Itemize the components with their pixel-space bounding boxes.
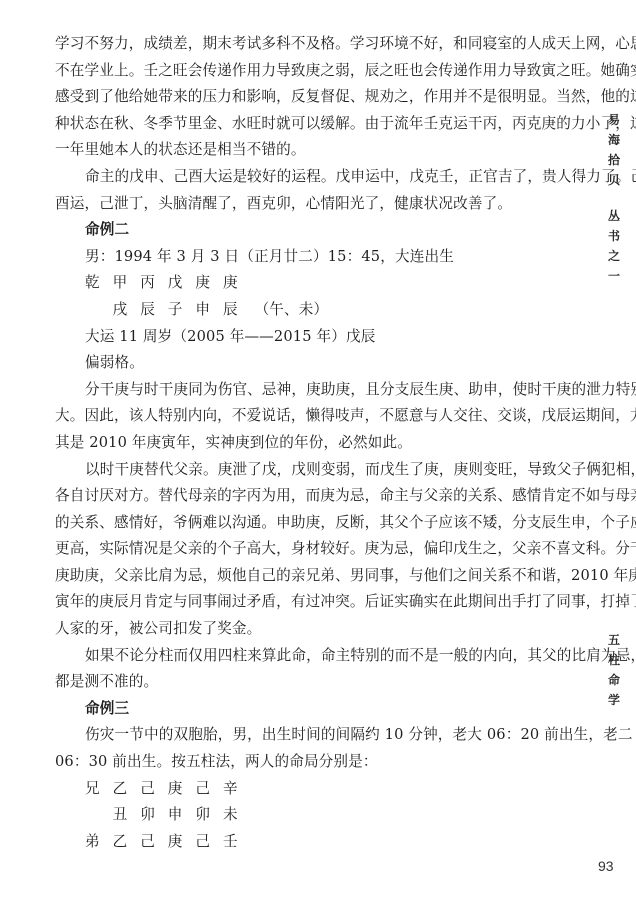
- book-char: 命: [606, 670, 622, 690]
- paragraph-line: 06：30 前出生。按五柱法，两人的命局分别是：: [55, 749, 588, 776]
- elder-stems-row: 兄 乙 己 庚 己 辛: [55, 776, 588, 803]
- pillar-cell: 兄: [85, 776, 113, 803]
- pillar-cell: 乙: [113, 776, 141, 803]
- series-sub-char: 书: [606, 226, 622, 246]
- pillar-cell: 己: [140, 829, 168, 856]
- pillar-cell: 卯: [195, 802, 223, 829]
- pillar-cell: 子: [168, 297, 196, 324]
- paragraph-line: 种状态在秋、冬季节里金、水旺时就可以缓解。由于流年壬克运干丙，丙克庚的力小了，这: [55, 111, 588, 138]
- younger-stems-row: 弟 乙 己 庚 己 壬: [55, 829, 588, 856]
- series-char: 海: [606, 130, 622, 150]
- pillar-cell: 甲: [113, 270, 141, 297]
- paragraph-line: 更高，实际情况是父亲的个子高大，身材较好。庚为忌，偏印戊生之，父亲不喜文科。分干: [55, 536, 588, 563]
- paragraph-line: 的关系、感情好，爷俩难以沟通。申助庚，反断，其父个子应该不矮，分支辰生申，个子应: [55, 510, 588, 537]
- pillar-cell: 乙: [113, 829, 141, 856]
- pillar-cell: 卯: [140, 802, 168, 829]
- paragraph-line: 庚助庚，父亲比肩为忌，烦他自己的亲兄弟、男同事，与他们之间关系不和谐，2010 …: [55, 563, 588, 590]
- series-sub-char: 一: [606, 266, 622, 286]
- paragraph-line: 都是测不准的。: [55, 669, 588, 696]
- pillar-cell: 己: [195, 776, 223, 803]
- spacer: [606, 190, 622, 206]
- paragraph-line: 命主的戊申、己酉大运是较好的运程。戊申运中，戊克壬，正官吉了，贵人得力了。己: [55, 164, 588, 191]
- paragraph-line: 伤灾一节中的双胞胎，男，出生时间的间隔约 10 分钟，老大 06：20 前出生，…: [55, 722, 588, 749]
- pillar-cell: 庚: [168, 776, 196, 803]
- birth-info-line: 男：1994 年 3 月 3 日（正月廿二）15：45，大连出生: [55, 244, 588, 271]
- pillar-cell: 己: [195, 829, 223, 856]
- series-sub-char: 丛: [606, 206, 622, 226]
- pillar-cell: 壬: [223, 829, 251, 856]
- pillar-cell: 辰: [223, 297, 251, 324]
- paragraph-line: 不在学业上。壬之旺会传递作用力导致庚之弱，辰之旺也会传递作用力导致寅之旺。她确实: [55, 58, 588, 85]
- series-title-vertical: 易 海 拾 贝 丛 书 之 一: [606, 110, 622, 286]
- pillar-cell: 庚: [168, 829, 196, 856]
- pillar-branches-row: 戌 辰 子 申 辰 （午、未）: [55, 297, 588, 324]
- pattern-line: 偏弱格。: [55, 350, 588, 377]
- paragraph-line: 各自讨厌对方。替代母亲的字丙为用，而庚为忌，命主与父亲的关系、感情肯定不如与母亲: [55, 483, 588, 510]
- pillar-cell: 庚: [223, 270, 251, 297]
- luck-cycle-line: 大运 11 周岁（2005 年——2015 年）戊辰: [55, 324, 588, 351]
- case-heading-2: 命例二: [55, 217, 588, 244]
- pillar-cell: 庚: [195, 270, 223, 297]
- pillar-cell: 丑: [113, 802, 141, 829]
- case-heading-3: 命例三: [55, 696, 588, 723]
- pillar-cell: 己: [140, 776, 168, 803]
- page-body: 学习不努力，成绩差，期末考试多科不及格。学习环境不好，和同寝室的人成天上网，心思…: [55, 31, 588, 855]
- pillar-cell: 弟: [85, 829, 113, 856]
- pillar-cell: 辛: [223, 776, 251, 803]
- paragraph-line: 感受到了他给她带来的压力和影响，反复督促、规劝之，作用并不是很明显。当然，他的这: [55, 84, 588, 111]
- pillar-note: （午、未）: [251, 297, 329, 324]
- pillar-cell: 申: [195, 297, 223, 324]
- paragraph-line: 一年里她本人的状态还是相当不错的。: [55, 137, 588, 164]
- book-char: 学: [606, 690, 622, 710]
- pillar-cell: 丙: [140, 270, 168, 297]
- paragraph-line: 学习不努力，成绩差，期末考试多科不及格。学习环境不好，和同寝室的人成天上网，心思: [55, 31, 588, 58]
- paragraph-line: 寅年的庚辰月肯定与同事闹过矛盾，有过冲突。后证实确实在此期间出手打了同事，打掉了: [55, 589, 588, 616]
- paragraph-line: 大。因此，该人特别内向，不爱说话，懒得吱声，不愿意与人交往、交谈，戊辰运期间，尤: [55, 403, 588, 430]
- pillar-cell: 未: [223, 802, 251, 829]
- series-sub-char: 之: [606, 246, 622, 266]
- page-number: 93: [598, 858, 614, 874]
- twin-branches-row: 丑 卯 申 卯 未: [55, 802, 588, 829]
- pillar-cell: 申: [168, 802, 196, 829]
- paragraph-line: 酉运，己泄丁，头脑清醒了，酉克卯，心情阳光了，健康状况改善了。: [55, 191, 588, 218]
- pillar-stems-row: 乾 甲 丙 戊 庚 庚: [55, 270, 588, 297]
- paragraph-line: 如果不论分柱而仅用四柱来算此命，命主特别的而不是一般的内向，其父的比肩为忌，: [55, 643, 588, 670]
- pillar-cell: 乾: [85, 270, 113, 297]
- paragraph-line: 人家的牙，被公司扣发了奖金。: [55, 616, 588, 643]
- pillar-cell: 戌: [113, 297, 141, 324]
- paragraph-line: 以时干庚替代父亲。庚泄了戊，戊则变弱，而戊生了庚，庚则变旺，导致父子俩犯相，: [55, 457, 588, 484]
- paragraph-line: 其是 2010 年庚寅年，实神庚到位的年份，必然如此。: [55, 430, 588, 457]
- paragraph-line: 分干庚与时干庚同为伤官、忌神，庚助庚，且分支辰生庚、助申，使时干庚的泄力特别: [55, 377, 588, 404]
- pillar-cell: 辰: [140, 297, 168, 324]
- pillar-cell: 戊: [168, 270, 196, 297]
